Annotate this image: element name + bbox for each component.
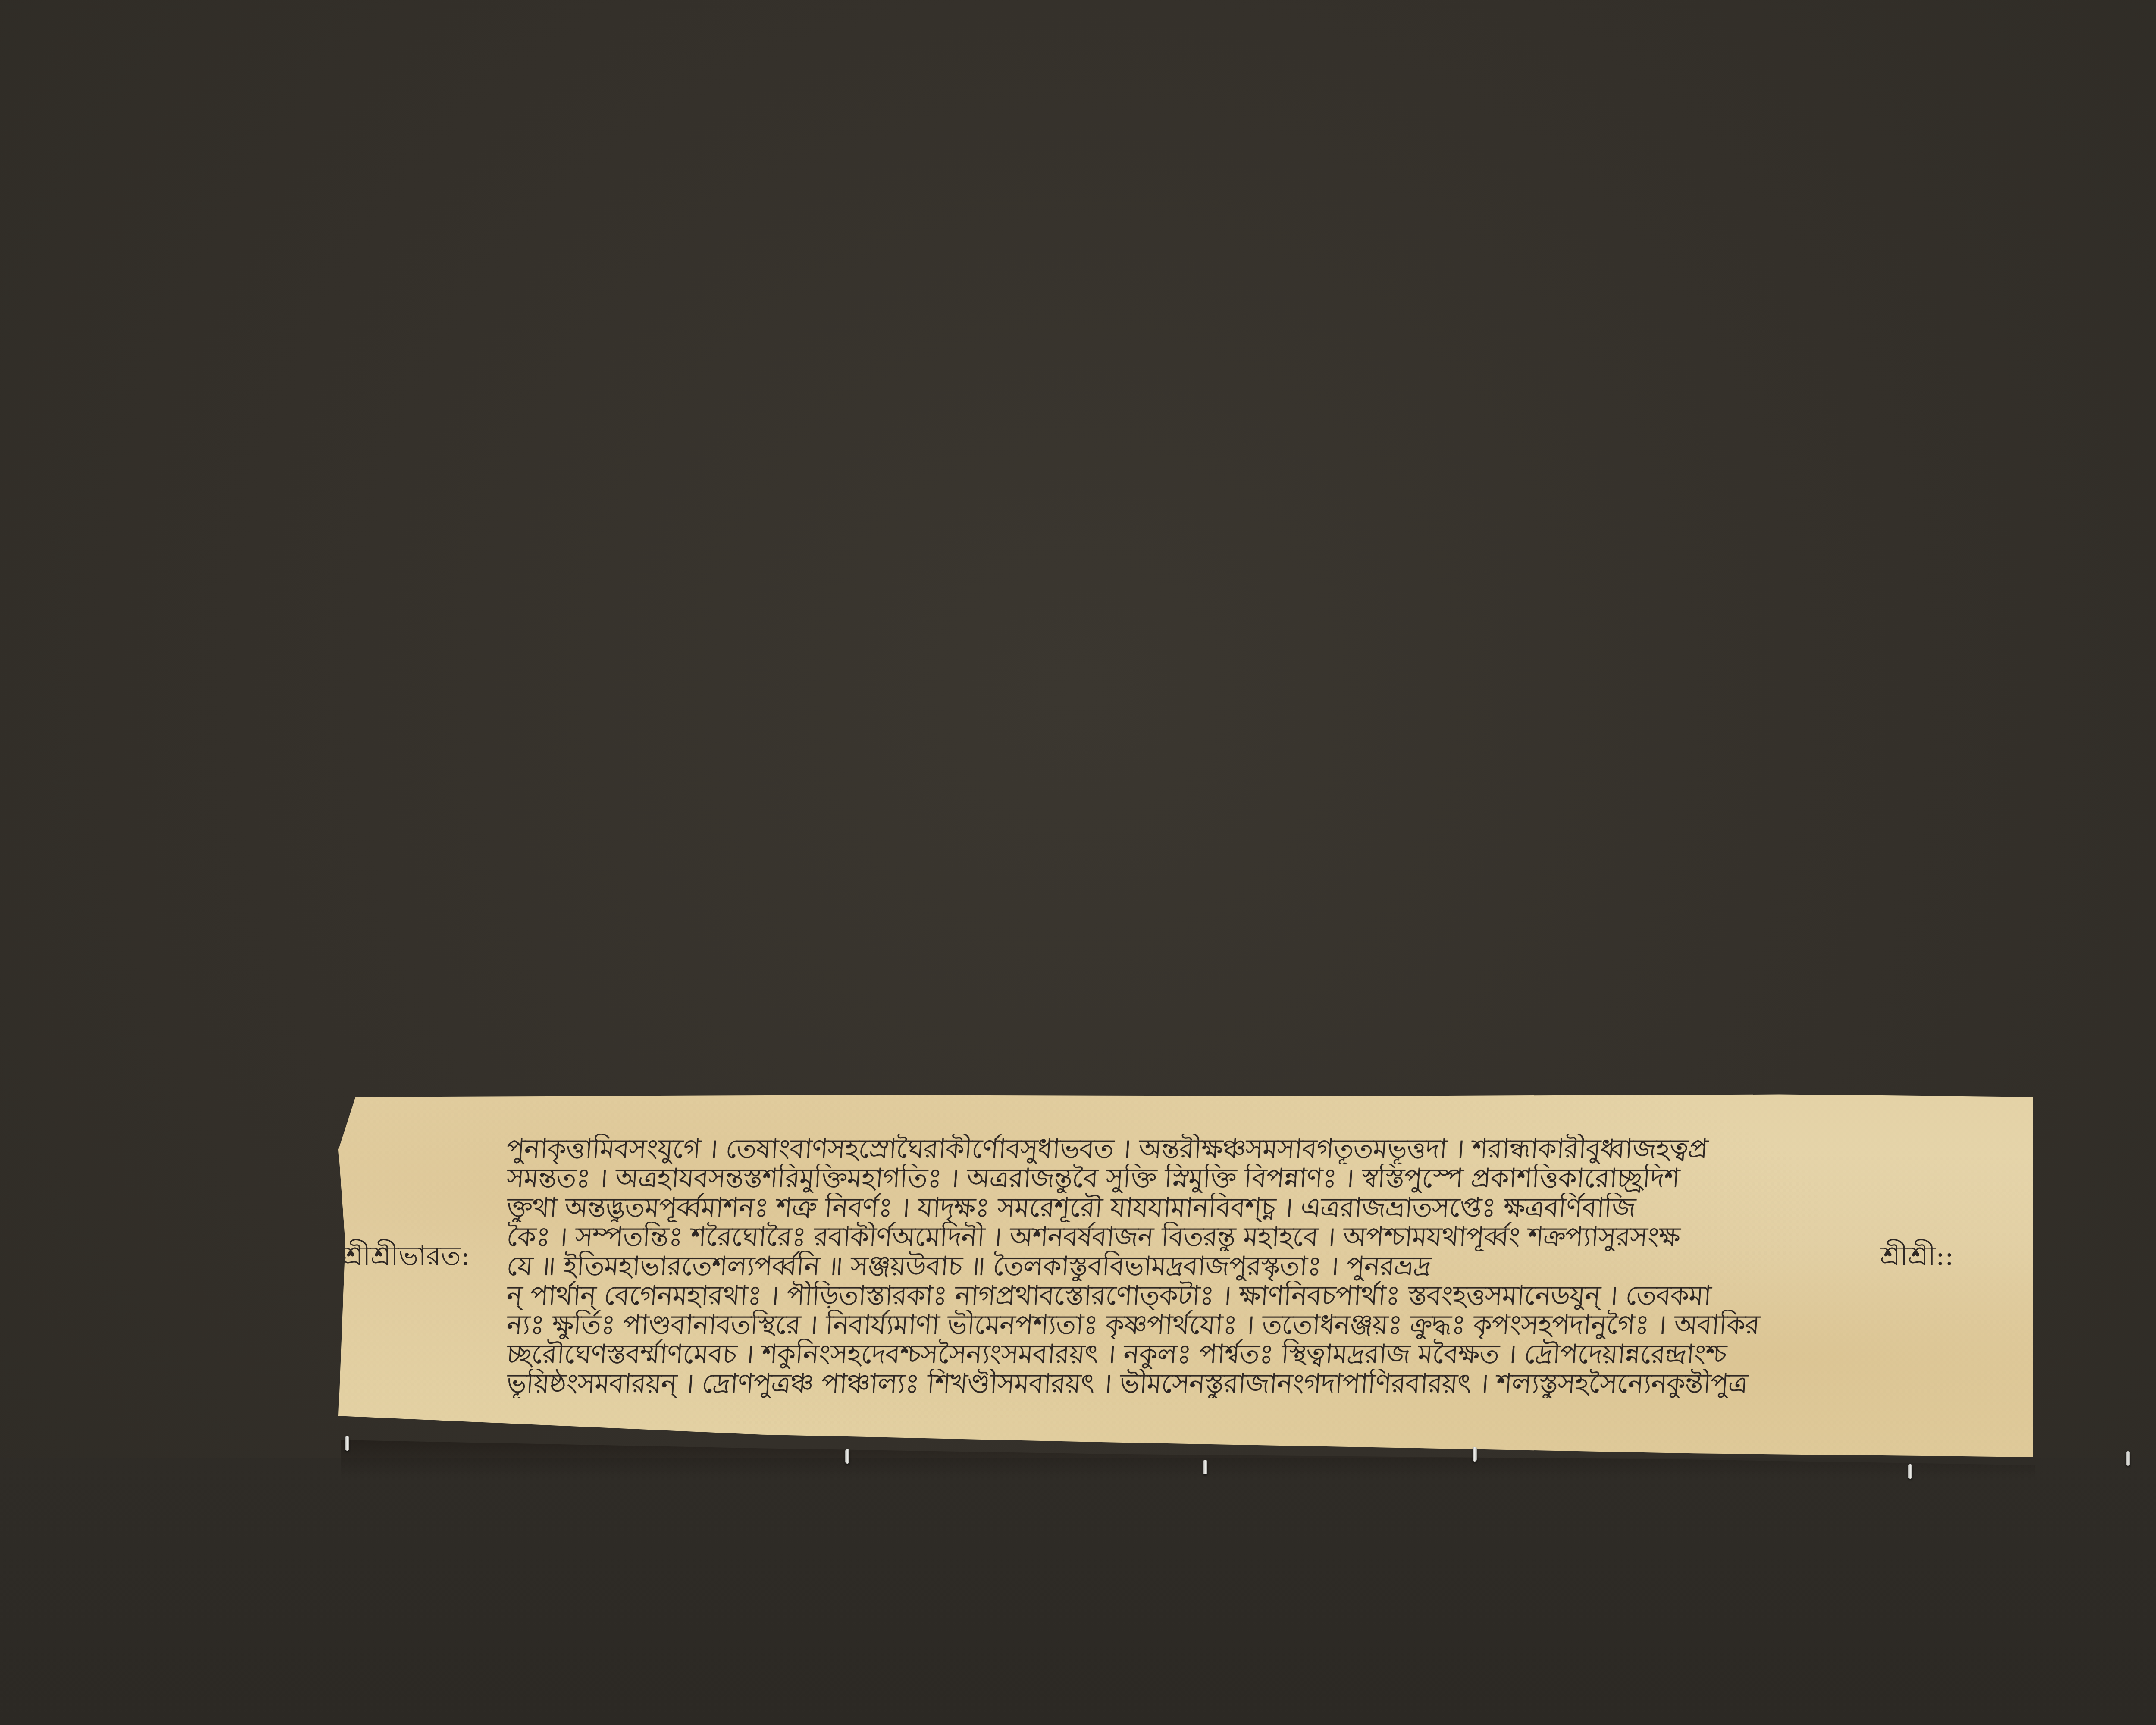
text-line: ক্তুথা অন্তদ্ভুতমপূর্ব্বমাশনঃ শত্রু নিবর… [506, 1193, 1965, 1222]
text-line: ভূয়িষ্ঠংসমবারয়ন্ । দ্রোণপুত্রঞ্চ পাঞ্চ… [506, 1369, 1965, 1398]
pin-icon [845, 1449, 849, 1464]
text-line: পুনাকৃত্তামিবসংযুগে । তেষাংবাণসহস্রোঘৈরা… [506, 1134, 1965, 1164]
manuscript-text: পুনাকৃত্তামিবসংযুগে । তেষাংবাণসহস্রোঘৈরা… [507, 1134, 1964, 1398]
text-line: সমন্ততঃ । অত্রহাযবসন্তস্তশরিমুক্তিমহাগতি… [506, 1164, 1965, 1193]
pin-icon [1473, 1447, 1477, 1462]
margin-title-left: শ্রীশ্রীভারত: [343, 1236, 470, 1280]
text-line: ন্যঃ ক্ষুর্তিঃ পাণ্ডবানাবতস্থিরে । নিবার… [506, 1310, 1965, 1339]
manuscript-folio: শ্রীশ্রীভারত: পুনাকৃত্তামিবসংযুগে । তেষা… [338, 1093, 2033, 1468]
text-line: ন্ পার্থান্ বেগেনমহারথাঃ । পীড়িতাস্তারক… [506, 1281, 1965, 1310]
pin-icon [1908, 1464, 1912, 1479]
margin-title-right: শ্রীশ্রী:: [1880, 1236, 1954, 1280]
pin-icon [1203, 1460, 1207, 1474]
pin-icon [2126, 1451, 2130, 1466]
text-line: কৈঃ । সম্পতন্তিঃ শরৈঘোরৈঃ রবাকীর্ণঅমেদিন… [506, 1222, 1965, 1251]
text-line: চ্ছরৌঘেণস্তবর্ম্মাণমেবচ । শকুনিংসহদেবশ্চ… [506, 1339, 1965, 1369]
display-board-lower [0, 1458, 2156, 1725]
pin-icon [345, 1436, 349, 1451]
text-line: যে ॥ ইতিমহাভারতেশল্যপর্ব্বনি ॥ সঞ্জয়উবা… [506, 1251, 1965, 1281]
